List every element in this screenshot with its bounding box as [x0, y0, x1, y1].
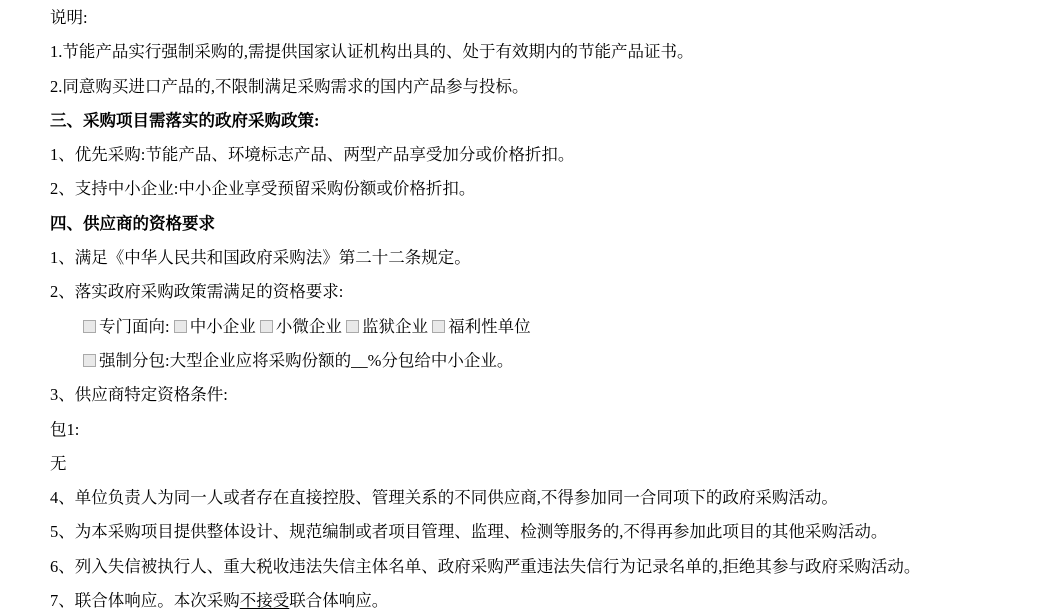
text-run: 说明: [50, 8, 88, 27]
checkbox-icon [346, 320, 359, 333]
note-item-1: 1.节能产品实行强制采购的,需提供国家认证机构出具的、处于有效期内的节能产品证书… [50, 35, 1061, 69]
qualification-item-1: 1、满足《中华人民共和国政府采购法》第二十二条规定。 [50, 241, 1061, 275]
text-run: 监狱企业 [362, 317, 432, 336]
text-run: 1、满足《中华人民共和国政府采购法》第二十二条规定。 [50, 248, 471, 267]
text-run: 3、供应商特定资格条件: [50, 385, 228, 404]
text-run: 专门面向: [99, 317, 174, 336]
text-run: 7、联合体响应。本次采购 [50, 591, 240, 610]
package-1-value: 无 [50, 447, 1061, 481]
policy-item-1: 1、优先采购:节能产品、环境标志产品、两型产品享受加分或价格折扣。 [50, 138, 1061, 172]
checkbox-row-targeted: 专门面向: 中小企业 小微企业 监狱企业 福利性单位 [50, 310, 1061, 344]
section-4-heading: 四、供应商的资格要求 [50, 207, 1061, 241]
package-1-label: 包1: [50, 413, 1061, 447]
text-run: 2、落实政府采购政策需满足的资格要求: [50, 282, 343, 301]
text-run: 联合体响应。 [289, 591, 388, 610]
checkbox-icon [174, 320, 187, 333]
text-run: 强制分包:大型企业应将采购份额的__%分包给中小企业。 [99, 351, 513, 370]
qualification-item-2: 2、落实政府采购政策需满足的资格要求: [50, 275, 1061, 309]
text-run: 1、优先采购:节能产品、环境标志产品、两型产品享受加分或价格折扣。 [50, 145, 574, 164]
text-run: 四、供应商的资格要求 [50, 214, 215, 233]
text-run: 1.节能产品实行强制采购的,需提供国家认证机构出具的、处于有效期内的节能产品证书… [50, 42, 694, 61]
qualification-item-3: 3、供应商特定资格条件: [50, 378, 1061, 412]
section-3-heading: 三、采购项目需落实的政府采购政策: [50, 104, 1061, 138]
note-label: 说明: [50, 1, 1061, 35]
text-run: 4、单位负责人为同一人或者存在直接控股、管理关系的不同供应商,不得参加同一合同项… [50, 488, 838, 507]
checkbox-icon [260, 320, 273, 333]
text-run: 小微企业 [276, 317, 346, 336]
text-run: 无 [50, 454, 67, 473]
document: 说明:1.节能产品实行强制采购的,需提供国家认证机构出具的、处于有效期内的节能产… [0, 0, 1061, 611]
checkbox-icon [432, 320, 445, 333]
qualification-item-5: 5、为本采购项目提供整体设计、规范编制或者项目管理、监理、检测等服务的,不得再参… [50, 515, 1061, 549]
checkbox-row-subcontract: 强制分包:大型企业应将采购份额的__%分包给中小企业。 [50, 344, 1061, 378]
checkbox-icon [83, 354, 96, 367]
text-run: 福利性单位 [448, 317, 531, 336]
qualification-item-6: 6、列入失信被执行人、重大税收违法失信主体名单、政府采购严重违法失信行为记录名单… [50, 550, 1061, 584]
text-run: 5、为本采购项目提供整体设计、规范编制或者项目管理、监理、检测等服务的,不得再参… [50, 522, 887, 541]
note-item-2: 2.同意购买进口产品的,不限制满足采购需求的国内产品参与投标。 [50, 70, 1061, 104]
text-run: 三、采购项目需落实的政府采购政策: [50, 111, 320, 130]
text-run: 6、列入失信被执行人、重大税收违法失信主体名单、政府采购严重违法失信行为记录名单… [50, 557, 920, 576]
text-run: 中小企业 [190, 317, 260, 336]
qualification-item-4: 4、单位负责人为同一人或者存在直接控股、管理关系的不同供应商,不得参加同一合同项… [50, 481, 1061, 515]
policy-item-2: 2、支持中小企业:中小企业享受预留采购份额或价格折扣。 [50, 172, 1061, 206]
text-run: 包1: [50, 420, 79, 439]
text-run: 2、支持中小企业:中小企业享受预留采购份额或价格折扣。 [50, 179, 475, 198]
text-run: 2.同意购买进口产品的,不限制满足采购需求的国内产品参与投标。 [50, 77, 529, 96]
qualification-item-7: 7、联合体响应。本次采购不接受联合体响应。 [50, 584, 1061, 611]
checkbox-icon [83, 320, 96, 333]
underlined-text: 不接受 [240, 591, 290, 610]
